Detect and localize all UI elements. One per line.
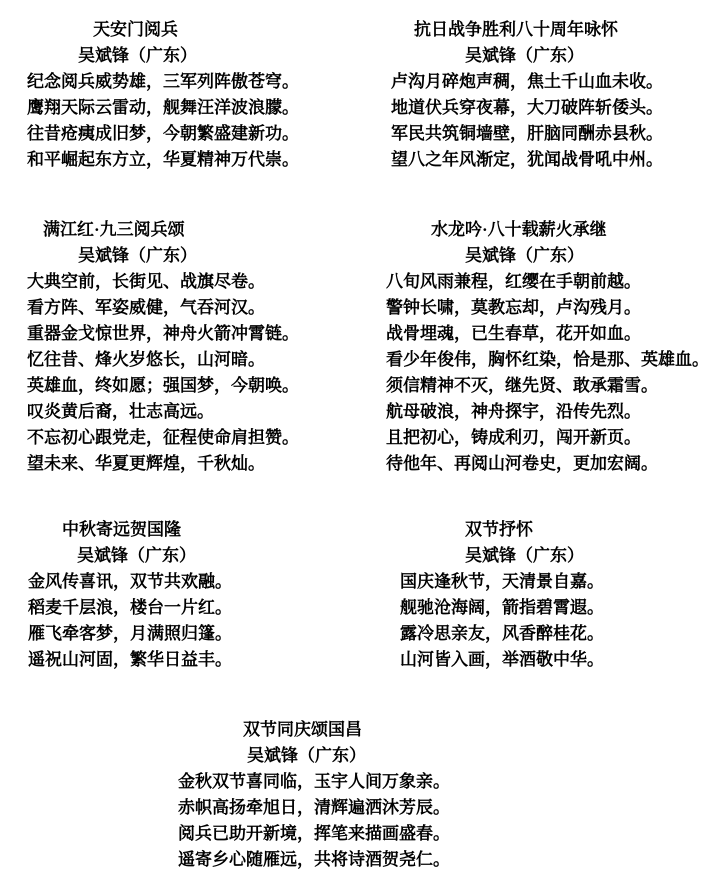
poem-line: 纪念阅兵威势雄，三军列阵傲苍穹。 (27, 69, 299, 95)
poem-block-2: 抗日战争胜利八十周年咏怀 吴斌锋（广东） 卢沟月碎炮声稠，焦土千山血未收。 地道… (391, 17, 663, 173)
poem-block-7: 双节同庆颂国昌 吴斌锋（广东） 金秋双节喜同临，玉宇人间万象亲。 赤帜高扬牵旭日… (178, 717, 450, 873)
poem-author: 吴斌锋（广东） (27, 43, 299, 69)
poem-line: 看方阵、军姿威健，气吞河汉。 (27, 295, 299, 321)
poem-title: 双节抒怀 (400, 517, 604, 543)
poem-author: 吴斌锋（广东） (27, 243, 299, 269)
poem-line: 八旬风雨兼程，红缨在手朝前越。 (386, 269, 709, 295)
poem-line: 且把初心，铸成利刃，闯开新页。 (386, 425, 709, 451)
poem-line: 望八之年风渐定，犹闻战骨吼中州。 (391, 147, 663, 173)
poem-line: 忆往昔、烽火岁悠长，山河暗。 (27, 347, 299, 373)
poem-line: 卢沟月碎炮声稠，焦土千山血未收。 (391, 69, 663, 95)
poem-author: 吴斌锋（广东） (28, 543, 232, 569)
poem-line: 往昔疮痍成旧梦，今朝繁盛建新功。 (27, 121, 299, 147)
poem-author: 吴斌锋（广东） (178, 743, 450, 769)
poem-line: 叹炎黄后裔，壮志高远。 (27, 399, 299, 425)
poem-block-1: 天安门阅兵 吴斌锋（广东） 纪念阅兵威势雄，三军列阵傲苍穹。 鹰翔天际云雷动，舰… (27, 17, 299, 173)
poem-line: 军民共筑铜墙壁，肝脑同酬赤县秋。 (391, 121, 663, 147)
poem-line: 舰驰沧海阔，箭指碧霄遐。 (400, 595, 604, 621)
poem-block-4: 水龙吟·八十载薪火承继 吴斌锋（广东） 八旬风雨兼程，红缨在手朝前越。 警钟长啸… (386, 217, 709, 477)
poem-line: 英雄血，终如愿；强国梦，今朝唤。 (27, 373, 299, 399)
poem-line: 航母破浪，神舟探宇，沿传先烈。 (386, 399, 709, 425)
poem-block-5: 中秋寄远贺国隆 吴斌锋（广东） 金风传喜讯，双节共欢融。 稻麦千层浪，楼台一片红… (28, 517, 232, 673)
poem-title: 抗日战争胜利八十周年咏怀 (391, 17, 663, 43)
poem-line: 雁飞牵客梦，月满照归篷。 (28, 621, 232, 647)
poem-line: 看少年俊伟，胸怀红染，恰是那、英雄血。 (386, 347, 709, 373)
poem-author: 吴斌锋（广东） (391, 43, 663, 69)
poem-line: 露冷思亲友，风香醉桂花。 (400, 621, 604, 647)
poem-line: 遥祝山河固，繁华日益丰。 (28, 647, 232, 673)
poem-line: 鹰翔天际云雷动，舰舞汪洋波浪朦。 (27, 95, 299, 121)
poem-title: 天安门阅兵 (27, 17, 299, 43)
poem-line: 金风传喜讯，双节共欢融。 (28, 569, 232, 595)
poem-line: 和平崛起东方立，华夏精神万代崇。 (27, 147, 299, 173)
poem-line: 地道伏兵穿夜幕，大刀破阵斩倭头。 (391, 95, 663, 121)
poem-line: 不忘初心跟党走，征程使命肩担赞。 (27, 425, 299, 451)
poem-title: 满江红·九三阅兵颂 (27, 217, 299, 243)
poem-line: 重器金戈惊世界，神舟火箭冲霄链。 (27, 321, 299, 347)
poem-line: 须信精神不灭，继先贤、敢承霜雪。 (386, 373, 709, 399)
poem-block-3: 满江红·九三阅兵颂 吴斌锋（广东） 大典空前，长街见、战旗尽卷。 看方阵、军姿威… (27, 217, 299, 477)
poem-author: 吴斌锋（广东） (386, 243, 709, 269)
poem-line: 遥寄乡心随雁远，共将诗酒贺尧仁。 (178, 847, 450, 873)
poem-title: 中秋寄远贺国隆 (28, 517, 232, 543)
poem-line: 待他年、再阅山河卷史，更加宏阔。 (386, 451, 709, 477)
poem-line: 国庆逢秋节，天清景自嘉。 (400, 569, 604, 595)
poem-line: 战骨埋魂，已生春草，花开如血。 (386, 321, 709, 347)
poem-line: 赤帜高扬牵旭日，清辉遍洒沐芳辰。 (178, 795, 450, 821)
poem-author: 吴斌锋（广东） (400, 543, 604, 569)
poem-title: 水龙吟·八十载薪火承继 (386, 217, 709, 243)
poem-line: 望未来、华夏更辉煌，千秋灿。 (27, 451, 299, 477)
document-page: 天安门阅兵 吴斌锋（广东） 纪念阅兵威势雄，三军列阵傲苍穹。 鹰翔天际云雷动，舰… (0, 0, 716, 892)
poem-line: 山河皆入画，举酒敬中华。 (400, 647, 604, 673)
poem-line: 大典空前，长街见、战旗尽卷。 (27, 269, 299, 295)
poem-line: 阅兵已助开新境，挥笔来描画盛春。 (178, 821, 450, 847)
poem-line: 金秋双节喜同临，玉宇人间万象亲。 (178, 769, 450, 795)
poem-line: 警钟长啸，莫教忘却，卢沟残月。 (386, 295, 709, 321)
poem-line: 稻麦千层浪，楼台一片红。 (28, 595, 232, 621)
poem-title: 双节同庆颂国昌 (178, 717, 450, 743)
poem-block-6: 双节抒怀 吴斌锋（广东） 国庆逢秋节，天清景自嘉。 舰驰沧海阔，箭指碧霄遐。 露… (400, 517, 604, 673)
